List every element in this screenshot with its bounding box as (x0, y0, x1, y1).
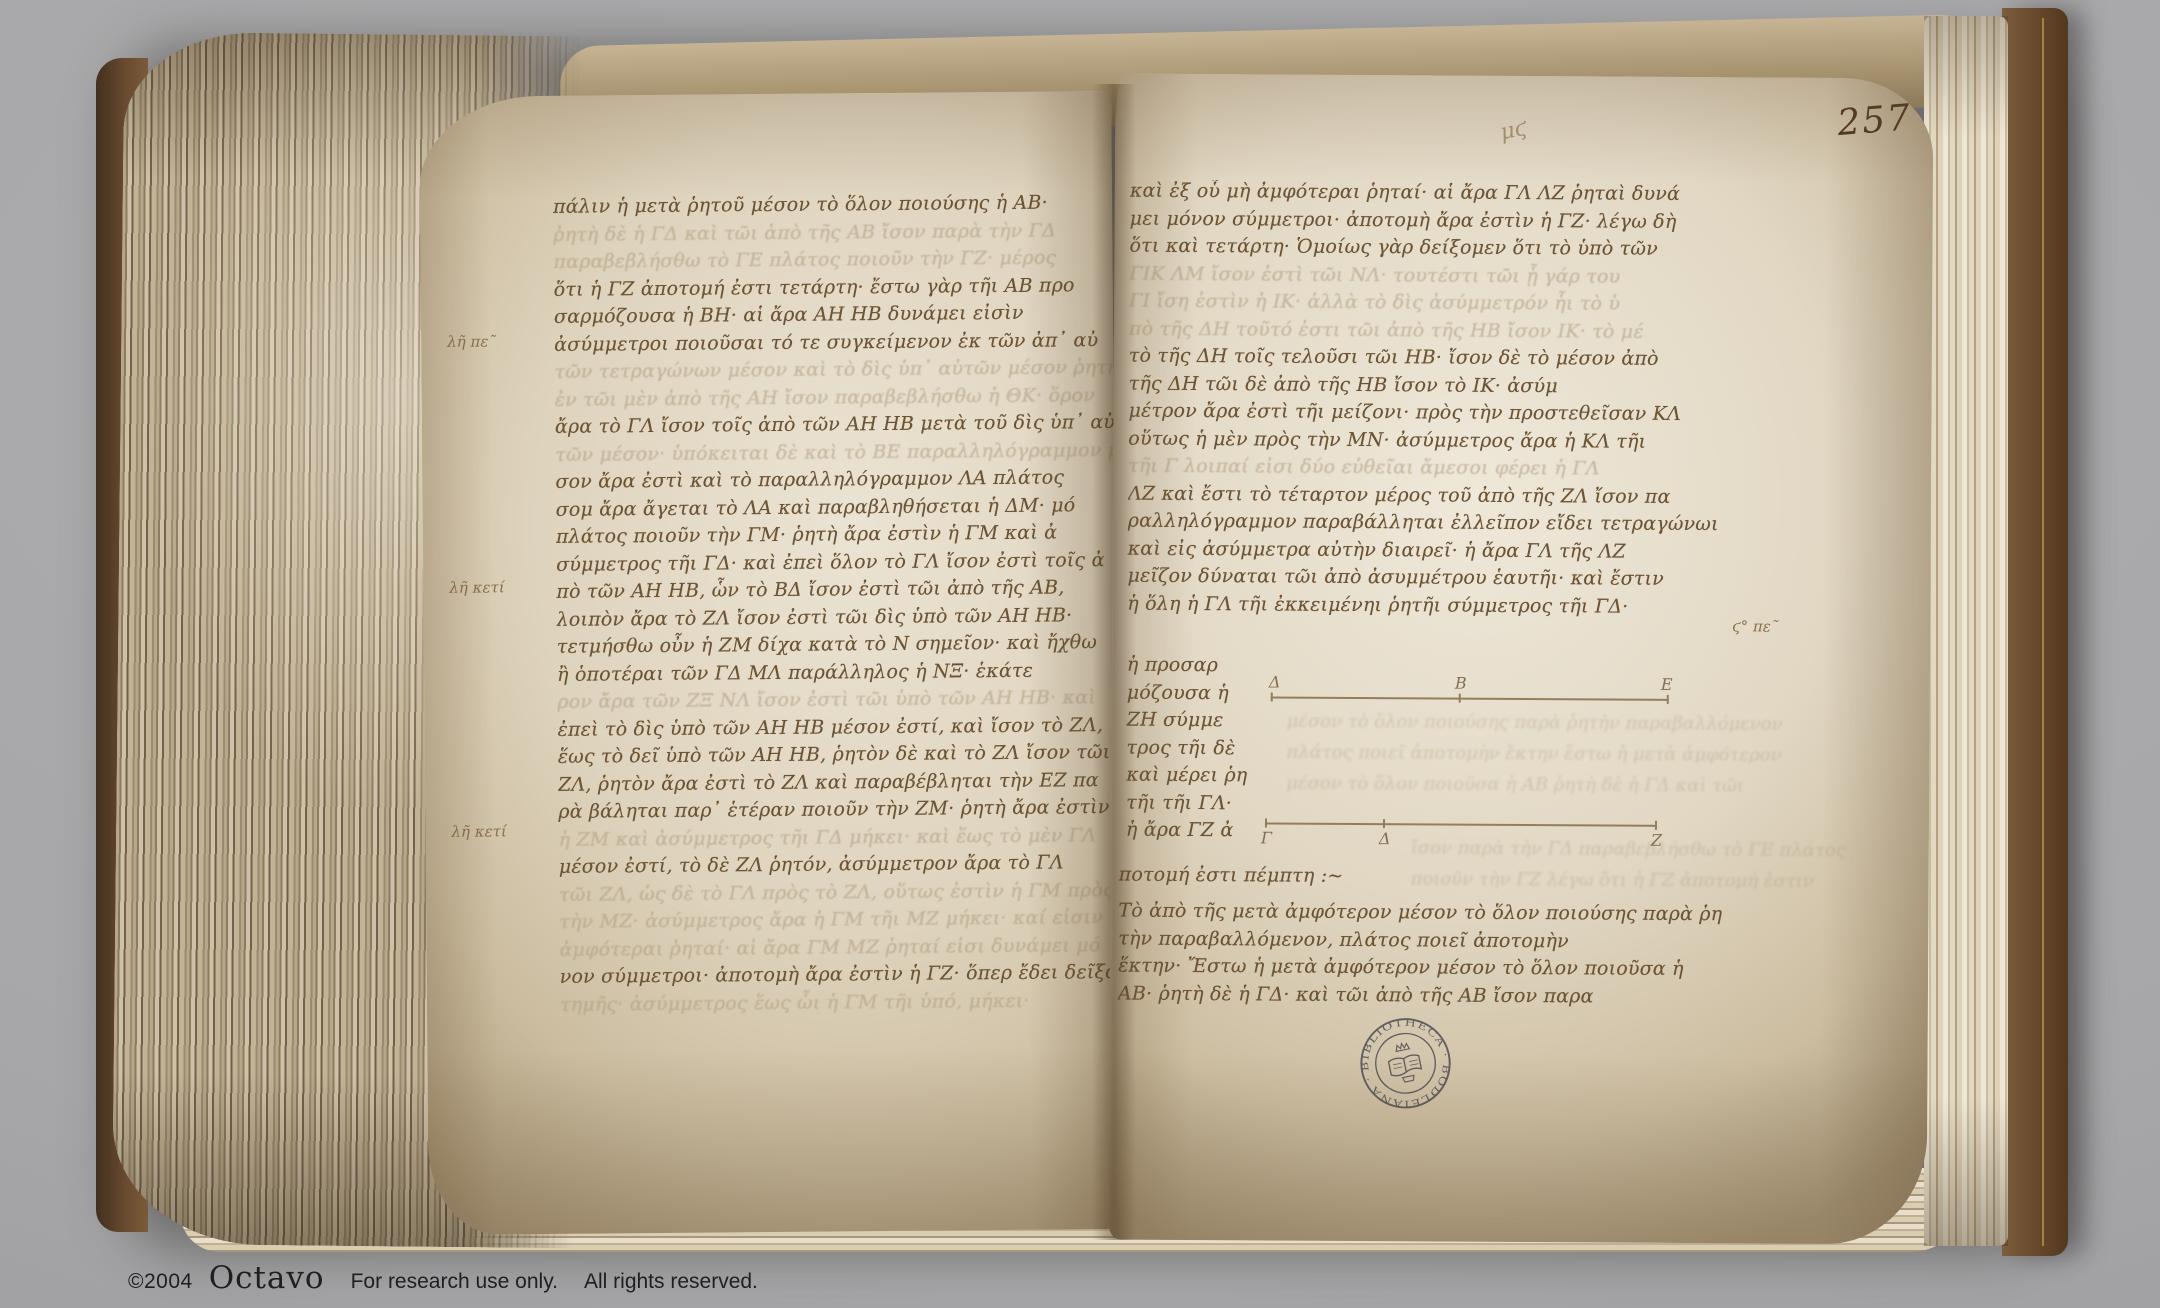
manuscript-line: ΖΗ σύμμε (1127, 709, 1275, 737)
manuscript-line: ρὰ βάληται παρ᾽ ἑτέραν ποιοῦν τὴν ΖΜ· ῥη… (558, 796, 1118, 828)
manuscript-line: σον ἄρα ἐστὶ καὶ τὸ παραλληλόγραμμον ΛΑ … (555, 466, 1115, 498)
manuscript-line: ἐν τῶι μὲν ἀπὸ τῆς ΑΗ ἴσον παραβεβλήσθω … (555, 383, 1115, 415)
margin-note: λῆ πε῀ (447, 332, 496, 350)
manuscript-line: ρον ἄρα τῶν ΖΞ ΝΛ ἴσον ἐστὶ τῶι ὑπὸ τῶν … (557, 686, 1117, 718)
point-label: Ε (1661, 675, 1673, 694)
manuscript-line: ἄρα τὸ ΓΛ ἴσον τοῖς ἀπὸ τῶν ΑΗ ΗΒ μετὰ τ… (555, 411, 1115, 443)
crown-icon (1403, 1075, 1415, 1082)
manuscript-line: τῆι τῆι ΓΛ· (1126, 791, 1274, 819)
point-label: Δ (1269, 672, 1281, 691)
manuscript-line: τημῆς· ἀσύμμετρος ἕως ὧι ἡ ΓΜ τῆι ὑπό, μ… (560, 988, 1120, 1020)
manuscript-line: ἐπεὶ τὸ δὶς ὑπὸ τῶν ΑΗ ΗΒ μέσον ἐστί, κα… (557, 713, 1117, 745)
manuscript-line: ἡ ὅλη ἡ ΓΛ τῆι ἐκκειμένηι ῥητῆι σύμμετρο… (1127, 592, 1727, 623)
ghost-line: μέσον τὸ ὅλον ποιοῦσα ἡ ΑΒ ῥητὴ δὲ ἡ ΓΔ … (1286, 773, 1846, 807)
usage-notice: For research use only. (351, 1270, 558, 1294)
stamp-graphic: BIBLIOTHECA · BODLEIANA · (1349, 1007, 1462, 1120)
tick-mark (1383, 819, 1385, 828)
manuscript-line: λοιπὸν ἄρα τὸ ΖΛ ἴσον ἐστὶ τῶι δὶς ὑπὸ τ… (557, 603, 1117, 635)
right-page-bottom-text: Τὸ ἀπὸ τῆς μετὰ ἀμφότερον μέσον τὸ ὅλον … (1118, 900, 1734, 1020)
manuscript-line: τῶι ΖΛ, ὡς δὲ τὸ ΓΛ πρὸς τὸ ΖΛ, οὕτως ἐσ… (559, 878, 1119, 910)
manuscript-line: οὕτως ἡ μὲν πρὸς τὴν ΜΝ· ἀσύμμετρος ἄρα … (1128, 427, 1728, 458)
manuscript-line: καὶ ἐξ οὗ μὴ ἀμφότεραι ῥηταί· αἱ ἄρα ΓΛ … (1130, 180, 1730, 211)
manuscript-line: παραβεβλήσθω τὸ ΓΕ πλάτος ποιοῦν τὴν ΓΖ·… (553, 246, 1113, 278)
manuscript-line: σομ ἄρα ἄγεται τὸ ΛΑ καὶ παραβληθήσεται … (556, 493, 1116, 525)
diagram-line-2: Γ Δ Ζ (1265, 822, 1657, 826)
diagram-line-1: Δ Β Ε (1271, 696, 1669, 700)
right-page: 257 μϛ καὶ ἐξ οὗ μὴ ἀμφότεραι ῥηταί· αἱ … (1108, 74, 1933, 1245)
stamp-inner-ring (1370, 1028, 1440, 1098)
manuscript-line: ὅτι καὶ τετάρτη· Ὁμοίως γὰρ δείξομεν ὅτι… (1129, 235, 1729, 266)
tick-mark (1667, 695, 1669, 704)
manuscript-line: πὸ τῆς ΔΗ τοῦτό ἐστι τῶι ἀπὸ τῆς ΗΒ ἴσον… (1129, 317, 1729, 348)
manuscript-line: ὅτι ἡ ΓΖ ἀποτομή ἐστι τετάρτη· ἔστω γὰρ … (554, 273, 1114, 305)
rights-notice: All rights reserved. (584, 1270, 758, 1294)
point-label: Ζ (1651, 831, 1662, 850)
manuscript-line: τὴν παραβαλλόμενον, πλάτος ποιεῖ ἀποτομὴ… (1118, 927, 1733, 958)
tick-mark (1655, 821, 1657, 830)
ghost-text-a: μέσον τὸ ὅλον ποιούσης παρὰ ῥητὴν παραβα… (1286, 711, 1847, 810)
crown-icon (1395, 1042, 1410, 1051)
manuscript-line: τῶν τετραγώνων μέσον καὶ τὸ δὶς ὑπ᾽ αὐτῶ… (554, 356, 1114, 388)
manuscript-line: τῆς ΔΗ τῶι δὲ ἀπὸ τῆς ΗΒ ἴσον τὸ ΙΚ· ἀσύ… (1129, 372, 1729, 403)
manuscript-line: τῆι Γ λοιπαί εἰσι δύο εὐθεῖαι ἄμεσοι φέρ… (1128, 455, 1728, 486)
tick-mark (1271, 692, 1273, 701)
bodleian-library-stamp: BIBLIOTHECA · BODLEIANA · (1349, 1007, 1462, 1120)
manuscript-line: μέσον ἐστί, τὸ δὲ ΖΛ ῥητόν, ἀσύμμετρον ἄ… (559, 851, 1119, 883)
closing-line: ποτομή ἐστι πέμπτη :~ (1119, 864, 1344, 893)
manuscript-line: ραλληλόγραμμον παραβάλληται ἐλλεῖπον εἴδ… (1128, 510, 1728, 541)
manuscript-line: πλάτος ποιοῦν τὴν ΓΜ· ῥητὴ ἄρα ἐστὶν ἡ Γ… (556, 521, 1116, 553)
ghost-line: πλάτος ποιεῖ ἀποτομὴν ἕκτην ἔστω ἡ μετὰ … (1286, 742, 1846, 776)
ghost-line: ποιοῦν τὴν ΓΖ λέγω ὅτι ἡ ΓΖ ἀποτομή ἐστι… (1411, 868, 1891, 902)
manuscript-line: ΖΛ, ῥητὸν ἄρα ἐστὶ τὸ ΖΛ καὶ παραβέβλητα… (558, 768, 1118, 800)
folio-number: 257 (1836, 97, 1914, 144)
manuscript-line: ἢ ὁποτέραι τῶν ΓΔ ΜΛ παράλληλος ἡ ΝΞ· ἑκ… (557, 658, 1117, 690)
point-label: Δ (1379, 829, 1391, 848)
manuscript-line: μει μόνον σύμμετροι· ἀποτομὴ ἄρα ἐστὶν ἡ… (1130, 207, 1730, 238)
manuscript-line: ΓΙ ἴση ἐστὶν ἡ ΙΚ· ἀλλὰ τὸ δὶς ἀσύμμετρό… (1129, 290, 1729, 321)
manuscript-line: ΛΖ καὶ ἔστι τὸ τέταρτον μέρος τοῦ ἀπὸ τῆ… (1128, 482, 1728, 513)
point-label: Β (1455, 674, 1467, 693)
manuscript-line: σαρμόζουσα ἡ ΒΗ· αἱ ἄρα ΑΗ ΗΒ δυνάμει εἰ… (554, 301, 1114, 333)
left-page: πάλιν ἡ μετὰ ῥητοῦ μέσον τὸ ὅλον ποιούση… (419, 91, 1121, 1235)
left-page-text-block: πάλιν ἡ μετὰ ῥητοῦ μέσον τὸ ὅλον ποιούση… (553, 191, 1120, 1031)
manuscript-line: ἡ ΖΜ καὶ ἀσύμμετρος τῆι ΓΔ μήκει· καὶ ἕω… (558, 823, 1118, 855)
manuscript-line: μεῖζον δύναται τῶι ἀπὸ ἀσυμμέτρου ἑαυτῆι… (1127, 565, 1727, 596)
manuscript-line: σύμμετρος τῆι ΓΔ· καὶ ἐπεὶ ὅλον τὸ ΓΛ ἴσ… (556, 548, 1116, 580)
page-edges-right (1924, 16, 2008, 1246)
manuscript-line: μέτρον ἄρα ἐστὶ τῆι μείζονι· πρὸς τὴν πρ… (1128, 400, 1728, 431)
point-label: Γ (1261, 828, 1272, 847)
stamp-outer-ring (1353, 1011, 1457, 1115)
manuscript-line: μόζουσα ἡ (1127, 681, 1275, 709)
manuscript-line: ἀσύμμετροι ποιοῦσαι τό τε συγκείμενον ἐκ… (554, 328, 1114, 360)
manuscript-line: τῶν μέσον· ὑπόκειται δὲ καὶ τὸ ΒΕ παραλλ… (555, 438, 1115, 470)
quire-mark: μϛ (1498, 116, 1529, 146)
stamp-legend-text: BIBLIOTHECA · BODLEIANA · (1352, 1009, 1460, 1117)
gold-fillet-line (2042, 18, 2044, 1246)
book-gutter-shadow (1092, 84, 1136, 1240)
svg-text:BIBLIOTHECA · BODLEIANA ·: BIBLIOTHECA · BODLEIANA · (1352, 1009, 1460, 1117)
manuscript-line: τὸ τῆς ΔΗ τοῖς τελοῦσι τῶι ΗΒ· ἴσον δὲ τ… (1129, 345, 1729, 376)
tick-mark (1459, 694, 1461, 703)
manuscript-line: ἡ ἄρα ΓΖ ἀ (1126, 819, 1274, 847)
margin-note: λῆ κετί (449, 578, 504, 596)
margin-note: ϛ° πε῀ (1732, 617, 1778, 635)
manuscript-line: νον σύμμετροι· ἀποτομὴ ἄρα ἐστὶν ἡ ΓΖ· ὅ… (560, 961, 1120, 993)
manuscript-line: ἡ προσαρ (1127, 654, 1275, 682)
octavo-logo: Octavo (209, 1260, 325, 1296)
right-page-upper-text: καὶ ἐξ οὗ μὴ ἀμφότεραι ῥηταί· αἱ ἄρα ΓΛ … (1127, 180, 1730, 632)
manuscript-line: ἕως τὸ δεῖ ὑπὸ τῶν ΑΗ ΗΒ, ῥητὸν δὲ καὶ τ… (558, 741, 1118, 773)
manuscript-line: Τὸ ἀπὸ τῆς μετὰ ἀμφότερον μέσον τὸ ὅλον … (1118, 900, 1733, 931)
manuscript-line: πὸ τῶν ΑΗ ΗΒ, ὧν τὸ ΒΔ ἴσον ἐστὶ τῶι ἀπὸ… (556, 576, 1116, 608)
right-page-column-text: ἡ προσαρμόζουσα ἡΖΗ σύμμετρος τῆι δὲκαὶ … (1126, 654, 1275, 851)
right-cover-board (2002, 8, 2068, 1256)
manuscript-line: ἀμφότεραι ῥηταί· αἱ ἄρα ΓΜ ΜΖ ῥηταί εἰσι… (559, 933, 1119, 965)
ghost-text-b: ἴσον παρὰ τὴν ΓΔ παραβεβλήσθω τὸ ΓΕ πλάτ… (1411, 837, 1891, 904)
manuscript-line: τρος τῆι δὲ (1126, 736, 1274, 764)
tick-mark (1265, 818, 1267, 827)
manuscript-line: καὶ εἰς ἀσύμμετρα αὐτὴν διαιρεῖ· ἡ ἄρα Γ… (1128, 537, 1728, 568)
ghost-line: μέσον τὸ ὅλον ποιούσης παρὰ ῥητὴν παραβα… (1286, 711, 1846, 745)
manuscript-line: τετμήσθω οὖν ἡ ΖΜ δίχα κατὰ τὸ Ν σημεῖον… (557, 631, 1117, 663)
manuscript-line: πάλιν ἡ μετὰ ῥητοῦ μέσον τὸ ὅλον ποιούση… (553, 191, 1113, 223)
manuscript-line: ΑΒ· ῥητὴ δὲ ἡ ΓΔ· καὶ τῶι ἀπὸ τῆς ΑΒ ἴσο… (1118, 982, 1733, 1013)
manuscript-photo: πάλιν ἡ μετὰ ῥητοῦ μέσον τὸ ὅλον ποιούση… (0, 0, 2160, 1308)
copyright-year: ©2004 (128, 1270, 193, 1294)
ghost-line: ἴσον παρὰ τὴν ΓΔ παραβεβλήσθω τὸ ΓΕ πλάτ… (1411, 837, 1891, 871)
open-book-icon (1388, 1054, 1422, 1077)
manuscript-line: ἕκτην· Ἔστω ἡ μετὰ ἀμφότερον μέσον τὸ ὅλ… (1118, 955, 1733, 986)
manuscript-line: τὴν ΜΖ· ἀσύμμετρος ἄρα ἡ ΓΜ τῆι ΜΖ μήκει… (559, 906, 1119, 938)
manuscript-line: ῥητὴ δὲ ἡ ΓΔ καὶ τῶι ἀπὸ τῆς ΑΒ ἴσον παρ… (553, 218, 1113, 250)
margin-note: λῆ κετί (451, 822, 506, 840)
footer: ©2004 Octavo For research use only. All … (128, 1260, 758, 1296)
manuscript-line: καὶ μέρει ῥη (1126, 764, 1274, 792)
manuscript-line: ΓΙΚ ΛΜ ἴσον ἐστὶ τῶι ΝΛ· τουτέστι τῶι ᾗ … (1129, 262, 1729, 293)
